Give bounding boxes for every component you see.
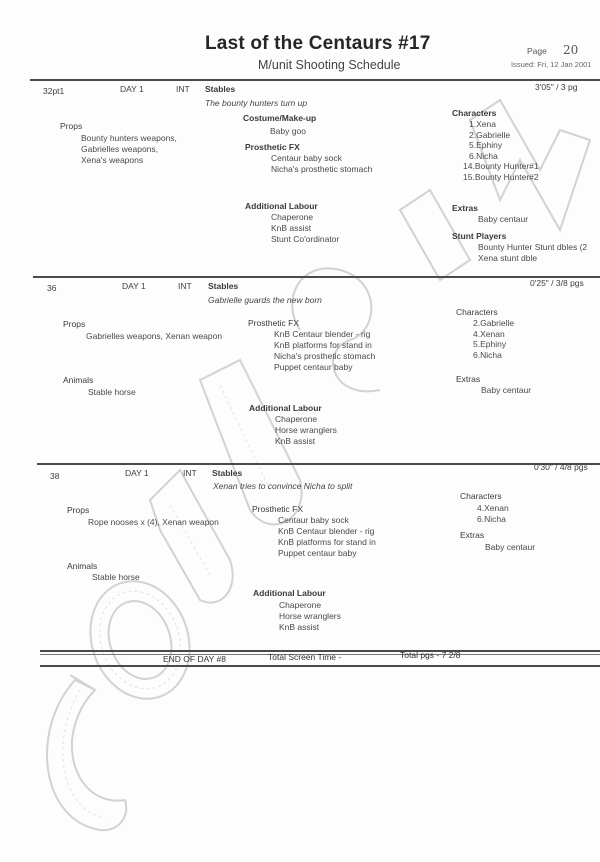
characters-label: Characters (460, 491, 502, 501)
characters-list: 1.Xena 2.Gabrielle 5.Ephiny 6.Nicha 14.B… (465, 119, 539, 182)
list-item: Baby centaur (478, 214, 528, 225)
scene-divider (33, 276, 600, 278)
issued-date: Issued: Fri, 12 Jan 2001 (511, 60, 591, 69)
list-item: Xena stunt dble (478, 253, 587, 264)
scene-synopsis: Xenan tries to convince Nicha to split (213, 481, 352, 491)
list-item: Puppet centaur baby (278, 548, 376, 559)
extras-list: Baby centaur (481, 385, 531, 396)
footer-divider-bottom (40, 665, 600, 667)
list-item: Bounty hunters weapons, (81, 133, 177, 144)
costume-label: Costume/Make-up (243, 113, 316, 123)
list-item: KnB assist (275, 436, 337, 447)
scene-divider (37, 463, 600, 465)
list-item: 5.Ephiny (473, 339, 514, 350)
props-list: Rope nooses x (4), Xenan weapon (88, 517, 219, 528)
characters-label: Characters (452, 108, 496, 118)
document-subtitle: M/unit Shooting Schedule (258, 58, 400, 72)
prosthetic-label: Prosthetic FX (252, 504, 303, 514)
list-item: Chaperone (279, 600, 341, 611)
characters-list: 4.Xenan 6.Nicha (477, 503, 509, 524)
animals-list: Stable horse (92, 572, 140, 583)
extras-list: Baby centaur (485, 542, 535, 553)
list-item: KnB assist (279, 622, 341, 633)
prosthetic-list: Centaur baby sock KnB Centaur blender - … (278, 515, 376, 559)
list-item: 4.Xenan (477, 503, 509, 514)
labour-list: Chaperone Horse wranglers KnB assist (275, 414, 337, 447)
list-item: 5.Ephiny (465, 140, 539, 151)
scene-day: DAY 1 (120, 84, 144, 94)
list-item: 2.Gabrielle (473, 318, 514, 329)
props-label: Props (63, 319, 85, 329)
list-item: KnB Centaur blender - rig (274, 329, 375, 340)
list-item: Chaperone (275, 414, 337, 425)
total-pages: Total pgs - 7 2/8 (400, 650, 460, 660)
list-item: Centaur baby sock (271, 153, 372, 164)
scene-timing: 0'25" / 3/8 pgs (530, 278, 584, 288)
animals-list: Stable horse (88, 387, 136, 398)
list-item: KnB platforms for stand in (274, 340, 375, 351)
list-item: KnB assist (271, 223, 339, 234)
stunts-list: Bounty Hunter Stunt dbles (2 Xena stunt … (478, 242, 587, 264)
props-list: Bounty hunters weapons, Gabrielles weapo… (81, 133, 177, 166)
header-divider (30, 79, 600, 81)
props-list: Gabrielles weapons, Xenan weapon (86, 331, 222, 342)
costume-list: Baby goo (270, 126, 306, 137)
extras-label: Extras (460, 530, 484, 540)
labour-label: Additional Labour (253, 588, 326, 598)
list-item: 2.Gabrielle (465, 130, 539, 141)
animals-label: Animals (63, 375, 93, 385)
end-of-day: END OF DAY #8 (163, 654, 226, 664)
list-item: 14.Bounty Hunter#1 (463, 161, 539, 172)
scene-number: 38 (50, 471, 59, 481)
list-item: 4.Xenan (473, 329, 514, 340)
page-label: Page (527, 46, 547, 56)
props-label: Props (60, 121, 82, 131)
scene-int-ext: INT (183, 468, 197, 478)
list-item: Horse wranglers (275, 425, 337, 436)
list-item: Bounty Hunter Stunt dbles (2 (478, 242, 587, 253)
animals-label: Animals (67, 561, 97, 571)
list-item: Stable horse (88, 387, 136, 398)
props-label: Props (67, 505, 89, 515)
scene-set: Stables (205, 84, 235, 94)
list-item: Rope nooses x (4), Xenan weapon (88, 517, 219, 528)
scene-day: DAY 1 (122, 281, 146, 291)
list-item: Nicha's prosthetic stomach (271, 164, 372, 175)
scene-number: 32pt1 (43, 86, 64, 96)
extras-label: Extras (452, 203, 478, 213)
total-screen-time: Total Screen Time - (268, 652, 341, 662)
list-item: Gabrielles weapons, (81, 144, 177, 155)
list-item: Baby centaur (485, 542, 535, 553)
list-item: Stable horse (92, 572, 140, 583)
scene-int-ext: INT (178, 281, 192, 291)
list-item: 6.Nicha (465, 151, 539, 162)
scene-synopsis: Gabrielle guards the new born (208, 295, 322, 305)
characters-label: Characters (456, 307, 498, 317)
list-item: 1.Xena (465, 119, 539, 130)
scene-set: Stables (212, 468, 242, 478)
stunts-label: Stunt Players (452, 231, 506, 241)
labour-label: Additional Labour (249, 403, 322, 413)
characters-list: 2.Gabrielle 4.Xenan 5.Ephiny 6.Nicha (473, 318, 514, 360)
scene-set: Stables (208, 281, 238, 291)
scene-number: 36 (47, 283, 56, 293)
list-item: Centaur baby sock (278, 515, 376, 526)
list-item: Xena's weapons (81, 155, 177, 166)
prosthetic-label: Prosthetic FX (248, 318, 299, 328)
scene-day: DAY 1 (125, 468, 149, 478)
list-item: Baby centaur (481, 385, 531, 396)
extras-label: Extras (456, 374, 480, 384)
list-item: Stunt Co'ordinator (271, 234, 339, 245)
labour-label: Additional Labour (245, 201, 318, 211)
list-item: Chaperone (271, 212, 339, 223)
scene-int-ext: INT (176, 84, 190, 94)
labour-list: Chaperone Horse wranglers KnB assist (279, 600, 341, 633)
labour-list: Chaperone KnB assist Stunt Co'ordinator (271, 212, 339, 245)
list-item: 6.Nicha (473, 350, 514, 361)
list-item: KnB platforms for stand in (278, 537, 376, 548)
list-item: 15.Bounty Hunter#2 (463, 172, 539, 183)
list-item: Horse wranglers (279, 611, 341, 622)
list-item: Baby goo (270, 126, 306, 137)
list-item: Nicha's prosthetic stomach (274, 351, 375, 362)
document-title: Last of the Centaurs #17 (205, 33, 430, 55)
list-item: KnB Centaur blender - rig (278, 526, 376, 537)
list-item: 6.Nicha (477, 514, 509, 525)
scene-timing: 0'30" / 4/8 pgs (534, 462, 588, 472)
page-number: 20 (563, 43, 578, 57)
prosthetic-label: Prosthetic FX (245, 142, 300, 152)
list-item: Gabrielles weapons, Xenan weapon (86, 331, 222, 342)
extras-list: Baby centaur (478, 214, 528, 225)
scene-timing: 3'05" / 3 pg (535, 82, 577, 92)
prosthetic-list: Centaur baby sock Nicha's prosthetic sto… (271, 153, 372, 175)
prosthetic-list: KnB Centaur blender - rig KnB platforms … (274, 329, 375, 373)
scene-synopsis: The bounty hunters turn up (205, 98, 307, 108)
list-item: Puppet centaur baby (274, 362, 375, 373)
